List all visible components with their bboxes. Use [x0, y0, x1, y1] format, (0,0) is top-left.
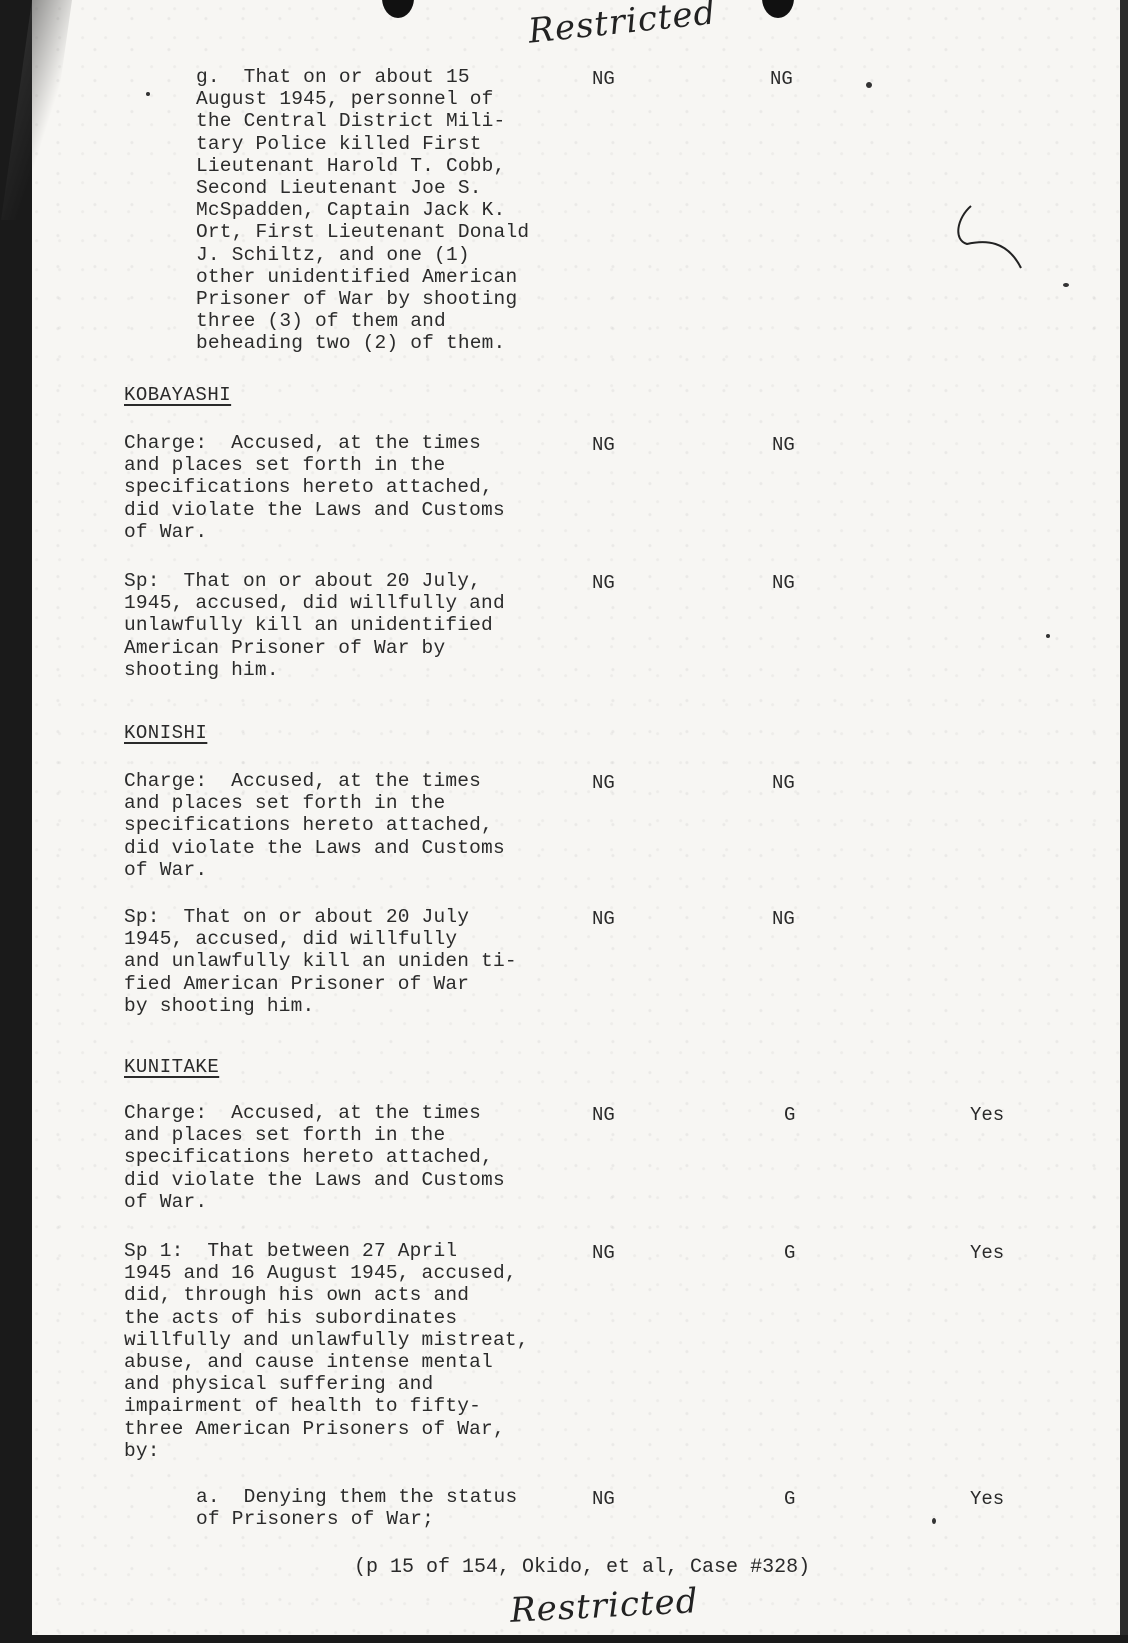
- text-line: Charge: Accused, at the times: [124, 432, 505, 454]
- text-line: Sp 1: That between 27 April: [124, 1240, 529, 1262]
- konishi-spec: Sp: That on or about 20 July1945, accuse…: [124, 906, 517, 1017]
- text-line: McSpadden, Captain Jack K.: [196, 199, 529, 221]
- text-line: beheading two (2) of them.: [196, 332, 529, 354]
- finding-col2: G: [784, 1488, 795, 1510]
- accused-heading-kobayashi: KOBAYASHI: [124, 384, 231, 406]
- finding-col3: Yes: [970, 1488, 1004, 1510]
- text-line: other unidentified American: [196, 266, 529, 288]
- text-line: fied American Prisoner of War: [124, 973, 517, 995]
- text-line: by:: [124, 1440, 529, 1462]
- finding-col2: NG: [772, 908, 795, 930]
- speckle: [146, 92, 150, 96]
- text-line: Ort, First Lieutenant Donald: [196, 221, 529, 243]
- text-line: of War.: [124, 1191, 505, 1213]
- speckle: [866, 82, 872, 88]
- text-line: 1945, accused, did willfully: [124, 928, 517, 950]
- text-line: tary Police killed First: [196, 133, 529, 155]
- text-line: a. Denying them the status: [196, 1486, 517, 1508]
- text-line: and unlawfully kill an uniden ti-: [124, 950, 517, 972]
- accused-heading-konishi: KONISHI: [124, 722, 207, 744]
- text-line: shooting him.: [124, 659, 505, 681]
- speckle: [932, 1518, 936, 1524]
- finding-col1: NG: [592, 908, 615, 930]
- finding-col2: G: [784, 1104, 795, 1126]
- text-line: specifications hereto attached,: [124, 1146, 505, 1168]
- finding-col3: Yes: [970, 1104, 1004, 1126]
- scan-border-right: [1120, 0, 1128, 1643]
- text-line: abuse, and cause intense mental: [124, 1351, 529, 1373]
- finding-col1: NG: [592, 434, 615, 456]
- speckle: [1046, 634, 1050, 638]
- kobayashi-charge: Charge: Accused, at the timesand places …: [124, 432, 505, 543]
- text-line: three (3) of them and: [196, 310, 529, 332]
- text-line: three American Prisoners of War,: [124, 1418, 529, 1440]
- accused-heading-kunitake: KUNITAKE: [124, 1056, 219, 1078]
- text-line: the acts of his subordinates: [124, 1307, 529, 1329]
- text-line: specifications hereto attached,: [124, 814, 505, 836]
- text-line: Second Lieutenant Joe S.: [196, 177, 529, 199]
- text-line: J. Schiltz, and one (1): [196, 244, 529, 266]
- text-line: did violate the Laws and Customs: [124, 837, 505, 859]
- kunitake-spec-1: Sp 1: That between 27 April1945 and 16 A…: [124, 1240, 529, 1462]
- finding-col2: NG: [772, 772, 795, 794]
- text-line: 1945, accused, did willfully and: [124, 592, 505, 614]
- text-line: the Central District Mili-: [196, 110, 529, 132]
- finding-col2: NG: [772, 572, 795, 594]
- finding-col1: NG: [592, 572, 615, 594]
- text-line: specifications hereto attached,: [124, 476, 505, 498]
- finding-col2: NG: [770, 68, 793, 90]
- finding-col1: NG: [592, 772, 615, 794]
- kunitake-charge: Charge: Accused, at the timesand places …: [124, 1102, 505, 1213]
- text-line: Charge: Accused, at the times: [124, 1102, 505, 1124]
- text-line: of War.: [124, 521, 505, 543]
- finding-col1: NG: [592, 1488, 615, 1510]
- finding-col3: Yes: [970, 1242, 1004, 1264]
- finding-col1: NG: [592, 1104, 615, 1126]
- text-line: and physical suffering and: [124, 1373, 529, 1395]
- text-line: American Prisoner of War by: [124, 637, 505, 659]
- finding-col2: NG: [772, 434, 795, 456]
- text-line: Prisoner of War by shooting: [196, 288, 529, 310]
- text-line: and places set forth in the: [124, 1124, 505, 1146]
- speckle: [1063, 283, 1069, 287]
- text-line: and places set forth in the: [124, 792, 505, 814]
- text-line: Sp: That on or about 20 July: [124, 906, 517, 928]
- text-line: did violate the Laws and Customs: [124, 499, 505, 521]
- text-line: willfully and unlawfully mistreat,: [124, 1329, 529, 1351]
- text-line: August 1945, personnel of: [196, 88, 529, 110]
- pen-mark: [955, 190, 1035, 270]
- kobayashi-spec: Sp: That on or about 20 July,1945, accus…: [124, 570, 505, 681]
- spec-g-text: g. That on or about 15August 1945, perso…: [196, 66, 529, 355]
- page-footer: (p 15 of 154, Okido, et al, Case #328): [354, 1556, 810, 1579]
- konishi-charge: Charge: Accused, at the timesand places …: [124, 770, 505, 881]
- scan-border-bottom: [0, 1635, 1128, 1643]
- finding-col2: G: [784, 1242, 795, 1264]
- text-line: did, through his own acts and: [124, 1284, 529, 1306]
- text-line: unlawfully kill an unidentified: [124, 614, 505, 636]
- text-line: did violate the Laws and Customs: [124, 1169, 505, 1191]
- text-line: Sp: That on or about 20 July,: [124, 570, 505, 592]
- text-line: impairment of health to fifty-: [124, 1395, 529, 1417]
- kunitake-spec-1a: a. Denying them the statusof Prisoners o…: [196, 1486, 517, 1530]
- text-line: g. That on or about 15: [196, 66, 529, 88]
- finding-col1: NG: [592, 1242, 615, 1264]
- text-line: Charge: Accused, at the times: [124, 770, 505, 792]
- text-line: by shooting him.: [124, 995, 517, 1017]
- text-line: and places set forth in the: [124, 454, 505, 476]
- text-line: 1945 and 16 August 1945, accused,: [124, 1262, 529, 1284]
- finding-col1: NG: [592, 68, 615, 90]
- text-line: of War.: [124, 859, 505, 881]
- text-line: Lieutenant Harold T. Cobb,: [196, 155, 529, 177]
- text-line: of Prisoners of War;: [196, 1508, 517, 1530]
